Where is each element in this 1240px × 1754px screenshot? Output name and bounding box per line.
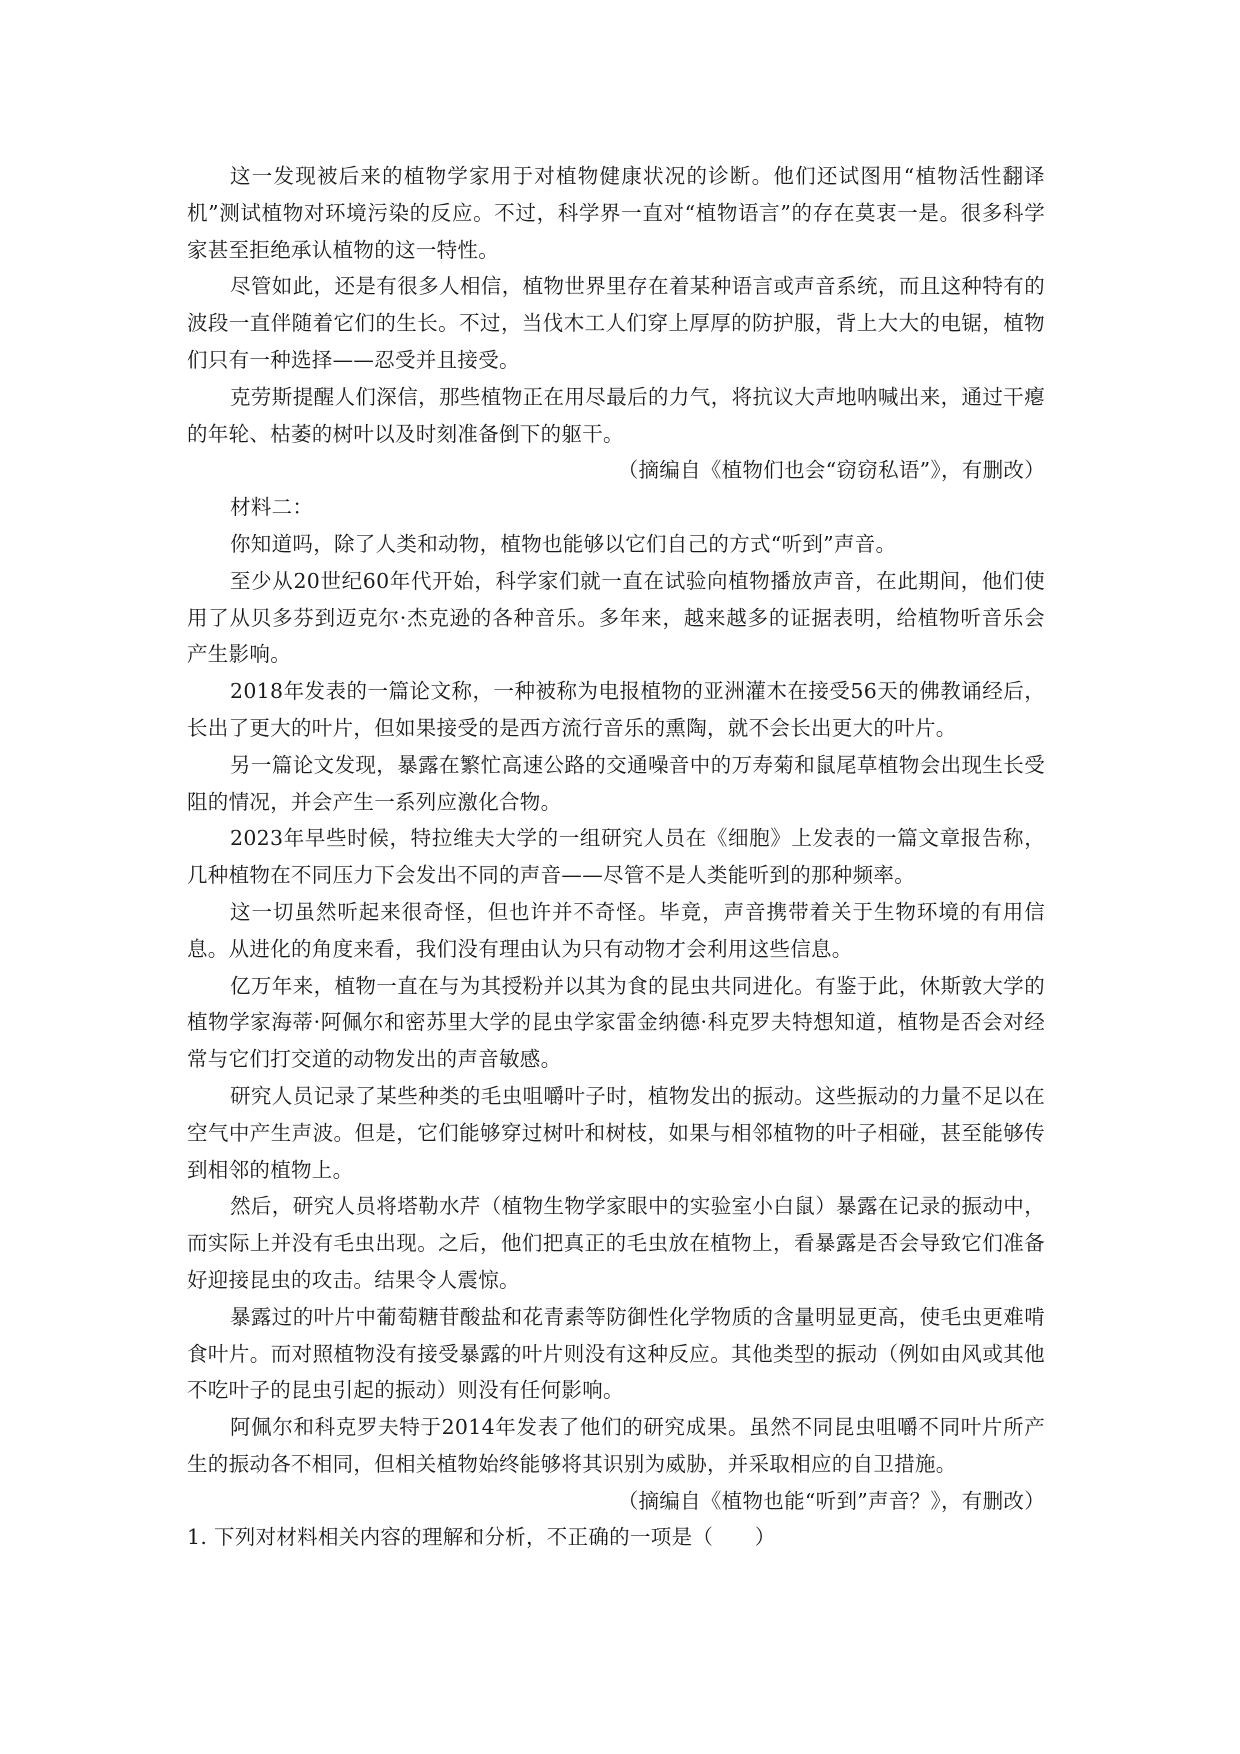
source-citation: （摘编自《植物们也会“窃窃私语”》，有删改） [187,452,1045,489]
material-one-section: 这一发现被后来的植物学家用于对植物健康状况的诊断。他们还试图用“植物活性翻译机”… [187,158,1045,489]
material-two-section: 材料二： 你知道吗，除了人类和动物，植物也能够以它们自己的方式“听到”声音。 至… [187,489,1045,1519]
paragraph: 2023年早些时候，特拉维夫大学的一组研究人员在《细胞》上发表的一篇文章报告称，… [187,820,1045,894]
paragraph: 克劳斯提醒人们深信，那些植物正在用尽最后的力气，将抗议大声地呐喊出来，通过干瘪的… [187,379,1045,453]
paragraph: 这一发现被后来的植物学家用于对植物健康状况的诊断。他们还试图用“植物活性翻译机”… [187,158,1045,268]
paragraph: 2018年发表的一篇论文称，一种被称为电报植物的亚洲灌木在接受56天的佛教诵经后… [187,673,1045,747]
paragraph: 暴露过的叶片中葡萄糖苷酸盐和花青素等防御性化学物质的含量明显更高，使毛虫更难啃食… [187,1299,1045,1409]
paragraph: 研究人员记录了某些种类的毛虫咀嚼叶子时，植物发出的振动。这些振动的力量不足以在空… [187,1078,1045,1188]
document-page: 这一发现被后来的植物学家用于对植物健康状况的诊断。他们还试图用“植物活性翻译机”… [187,158,1045,1556]
paragraph: 阿佩尔和科克罗夫特于2014年发表了他们的研究成果。虽然不同昆虫咀嚼不同叶片所产… [187,1409,1045,1483]
paragraph: 你知道吗，除了人类和动物，植物也能够以它们自己的方式“听到”声音。 [187,526,1045,563]
paragraph: 另一篇论文发现，暴露在繁忙高速公路的交通噪音中的万寿菊和鼠尾草植物会出现生长受阻… [187,747,1045,821]
question-item: 1. 下列对材料相关内容的理解和分析，不正确的一项是（ ） [187,1519,1045,1556]
questions-section: 1. 下列对材料相关内容的理解和分析，不正确的一项是（ ） [187,1519,1045,1556]
paragraph: 至少从20世纪60年代开始，科学家们就一直在试验向植物播放声音，在此期间，他们使… [187,563,1045,673]
paragraph: 然后，研究人员将塔勒水芹（植物生物学家眼中的实验室小白鼠）暴露在记录的振动中，而… [187,1188,1045,1298]
paragraph: 这一切虽然听起来很奇怪，但也许并不奇怪。毕竟，声音携带着关于生物环境的有用信息。… [187,894,1045,968]
paragraph: 尽管如此，还是有很多人相信，植物世界里存在着某种语言或声音系统，而且这种特有的波… [187,268,1045,378]
section-heading: 材料二： [187,489,1045,526]
paragraph: 亿万年来，植物一直在与为其授粉并以其为食的昆虫共同进化。有鉴于此，休斯敦大学的植… [187,968,1045,1078]
source-citation: （摘编自《植物也能“听到”声音？》，有删改） [187,1483,1045,1520]
